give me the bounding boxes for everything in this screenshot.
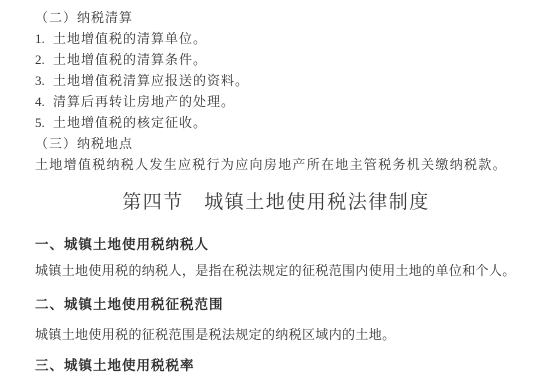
part-heading-taxpayer: 一、城镇土地使用税纳税人 <box>35 237 517 252</box>
list-item-number: 3. <box>35 70 53 91</box>
part-heading-tax-rate: 三、城镇土地使用税税率 <box>35 358 517 373</box>
list-item-number: 2. <box>35 49 53 70</box>
list-item: 4.清算后再转让房地产的处理。 <box>35 91 517 112</box>
part-body-tax-scope: 城镇土地使用税的征税范围是税法规定的纳税区域内的土地。 <box>35 327 517 343</box>
list-item-text: 土地增值税的清算单位。 <box>53 31 207 46</box>
list-item-number: 5. <box>35 112 53 133</box>
list-item: 2.土地增值税的清算条件。 <box>35 49 517 70</box>
section-title: 第四节 城镇土地使用税法律制度 <box>35 191 517 215</box>
subsection-heading-tax-liquidation: （二）纳税清算 <box>35 7 517 28</box>
list-item-text: 土地增值税的核定征收。 <box>53 115 207 130</box>
paragraph-tax-location: 土地增值税纳税人发生应税行为应向房地产所在地主管税务机关缴纳税款。 <box>35 154 517 175</box>
document-page: （二）纳税清算 1.土地增值税的清算单位。 2.土地增值税的清算条件。 3.土地… <box>0 0 547 385</box>
list-item-number: 1. <box>35 28 53 49</box>
list-item-text: 土地增值税清算应报送的资料。 <box>53 73 249 88</box>
list-item-number: 4. <box>35 91 53 112</box>
list-item: 5.土地增值税的核定征收。 <box>35 112 517 133</box>
list-item: 3.土地增值税清算应报送的资料。 <box>35 70 517 91</box>
subsection-heading-tax-location: （三）纳税地点 <box>35 133 517 154</box>
part-body-taxpayer: 城镇土地使用税的纳税人，是指在税法规定的征税范围内使用土地的单位和个人。 <box>35 263 517 279</box>
part-heading-tax-scope: 二、城镇土地使用税征税范围 <box>35 297 517 312</box>
list-item-text: 清算后再转让房地产的处理。 <box>53 94 235 109</box>
list-item: 1.土地增值税的清算单位。 <box>35 28 517 49</box>
list-item-text: 土地增值税的清算条件。 <box>53 52 207 67</box>
